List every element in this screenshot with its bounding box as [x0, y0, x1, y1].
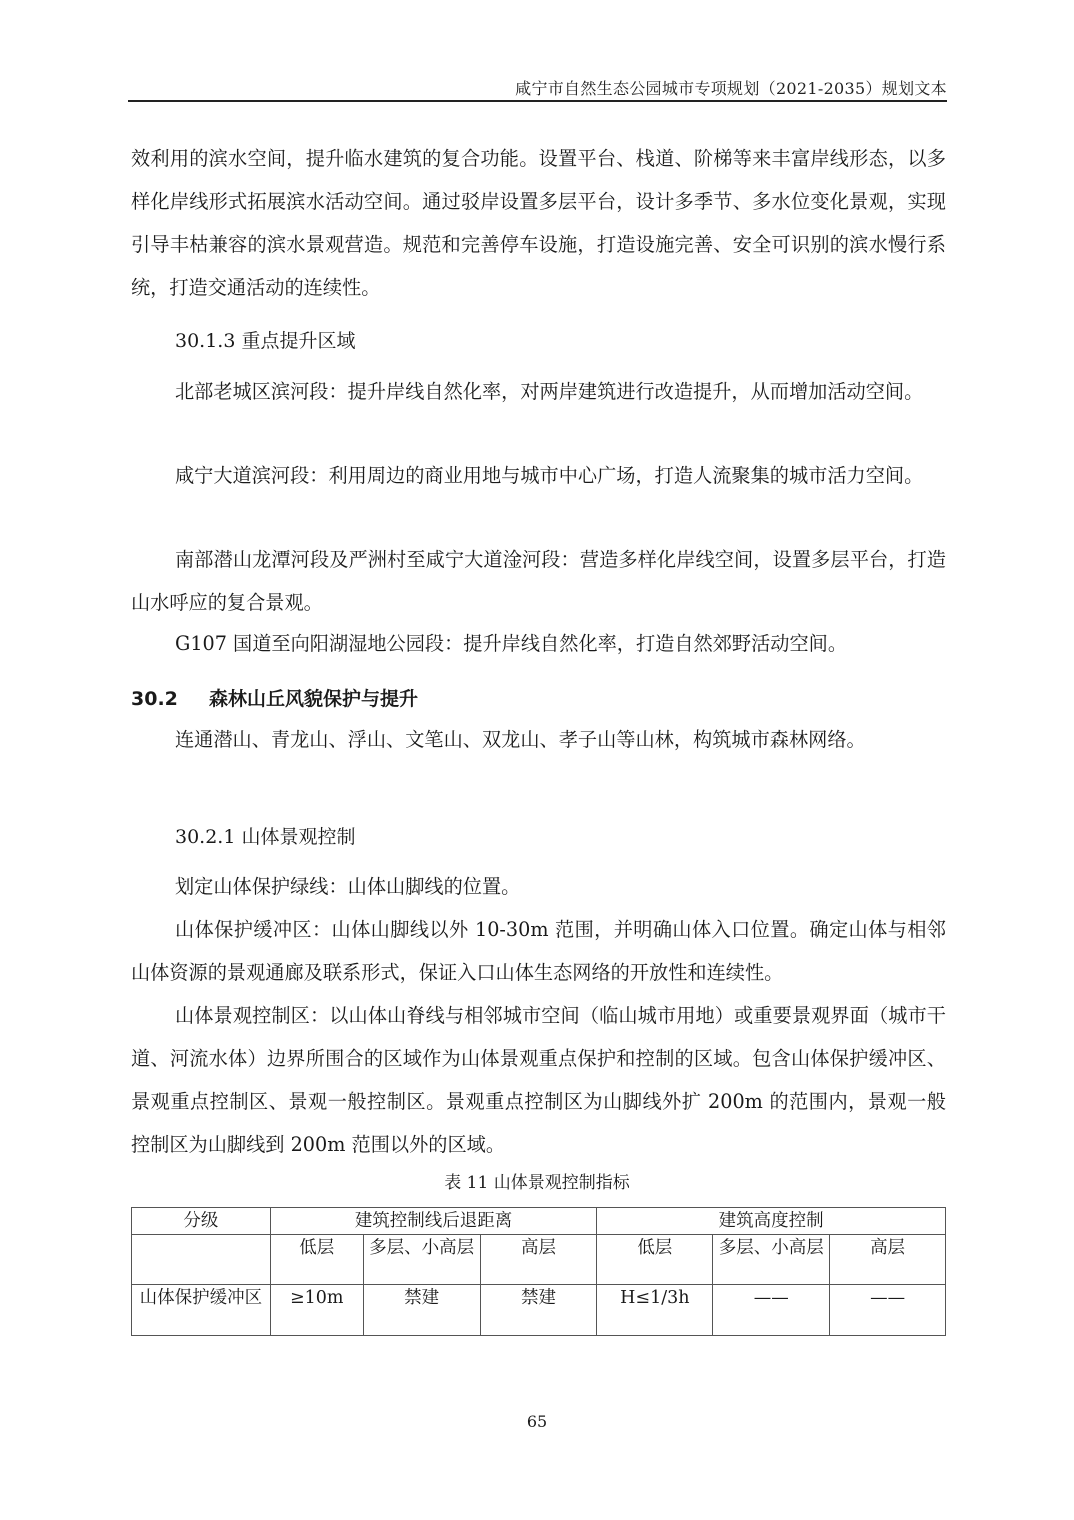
header-cell-low-rise-setback: 低层 — [270, 1235, 363, 1285]
table-row: 山体保护缓冲区 ≥10m 禁建 禁建 H≤1/3h —— —— — [132, 1285, 946, 1336]
paragraph-landscape-control: 山体景观控制区：以山体山脊线与相邻城市空间（临山城市用地）或重要景观界面（城市干… — [131, 994, 946, 1166]
table-cell: —— — [830, 1285, 946, 1336]
header-divider — [128, 100, 947, 102]
table-cell: —— — [713, 1285, 830, 1336]
header-cell-high-rise-height: 高层 — [830, 1235, 946, 1285]
paragraph-north-old-town: 北部老城区滨河段：提升岸线自然化率，对两岸建筑进行改造提升，从而增加活动空间。 — [131, 370, 946, 413]
table-cell: 禁建 — [480, 1285, 597, 1336]
header-cell-low-rise-height: 低层 — [597, 1235, 713, 1285]
page-number: 65 — [0, 1412, 1074, 1431]
header-cell-mid-rise-height: 多层、小高层 — [713, 1235, 830, 1285]
section-title: 森林山丘风貌保护与提升 — [209, 688, 418, 710]
table-header-row-1: 分级 建筑控制线后退距离 建筑高度控制 — [132, 1208, 946, 1235]
paragraph-xianning-avenue: 咸宁大道滨河段：利用周边的商业用地与城市中心广场，打造人流聚集的城市活力空间。 — [131, 454, 946, 497]
document-header-title: 咸宁市自然生态公园城市专项规划（2021-2035）规划文本 — [515, 76, 947, 99]
header-cell-mid-rise-setback: 多层、小高层 — [363, 1235, 480, 1285]
subheading-30-1-3: 30.1.3 重点提升区域 — [175, 326, 355, 353]
paragraph-buffer-zone: 山体保护缓冲区：山体山脚线以外 10-30m 范围，并明确山体入口位置。确定山体… — [131, 908, 946, 994]
paragraph-green-line: 划定山体保护绿线：山体山脚线的位置。 — [131, 865, 946, 908]
header-cell-setback: 建筑控制线后退距离 — [270, 1208, 597, 1235]
paragraph-forest-network: 连通潜山、青龙山、浮山、文笔山、双龙山、孝子山等山林，构筑城市森林网络。 — [131, 718, 946, 761]
section-heading-30-2: 30.2森林山丘风貌保护与提升 — [131, 684, 418, 711]
table-cell: H≤1/3h — [597, 1285, 713, 1336]
subheading-30-2-1: 30.2.1 山体景观控制 — [175, 822, 355, 849]
table-cell: 山体保护缓冲区 — [132, 1285, 271, 1336]
paragraph-waterfront: 效利用的滨水空间，提升临水建筑的复合功能。设置平台、栈道、阶梯等来丰富岸线形态，… — [131, 137, 946, 309]
header-cell-high-rise-setback: 高层 — [480, 1235, 597, 1285]
paragraph-g107: G107 国道至向阳湖湿地公园段：提升岸线自然化率，打造自然郊野活动空间。 — [131, 622, 946, 665]
table-caption: 表 11 山体景观控制指标 — [0, 1168, 1074, 1193]
table-header-row-2: 低层 多层、小高层 高层 低层 多层、小高层 高层 — [132, 1235, 946, 1285]
header-cell-grade: 分级 — [132, 1208, 271, 1235]
header-cell-height: 建筑高度控制 — [597, 1208, 946, 1235]
header-cell-empty — [132, 1235, 271, 1285]
mountain-landscape-control-table: 分级 建筑控制线后退距离 建筑高度控制 低层 多层、小高层 高层 低层 多层、小… — [131, 1207, 946, 1336]
table-cell: 禁建 — [363, 1285, 480, 1336]
table-cell: ≥10m — [270, 1285, 363, 1336]
section-number: 30.2 — [131, 688, 209, 710]
paragraph-south-qianshan: 南部潜山龙潭河段及严洲村至咸宁大道淦河段：营造多样化岸线空间，设置多层平台，打造… — [131, 538, 946, 624]
